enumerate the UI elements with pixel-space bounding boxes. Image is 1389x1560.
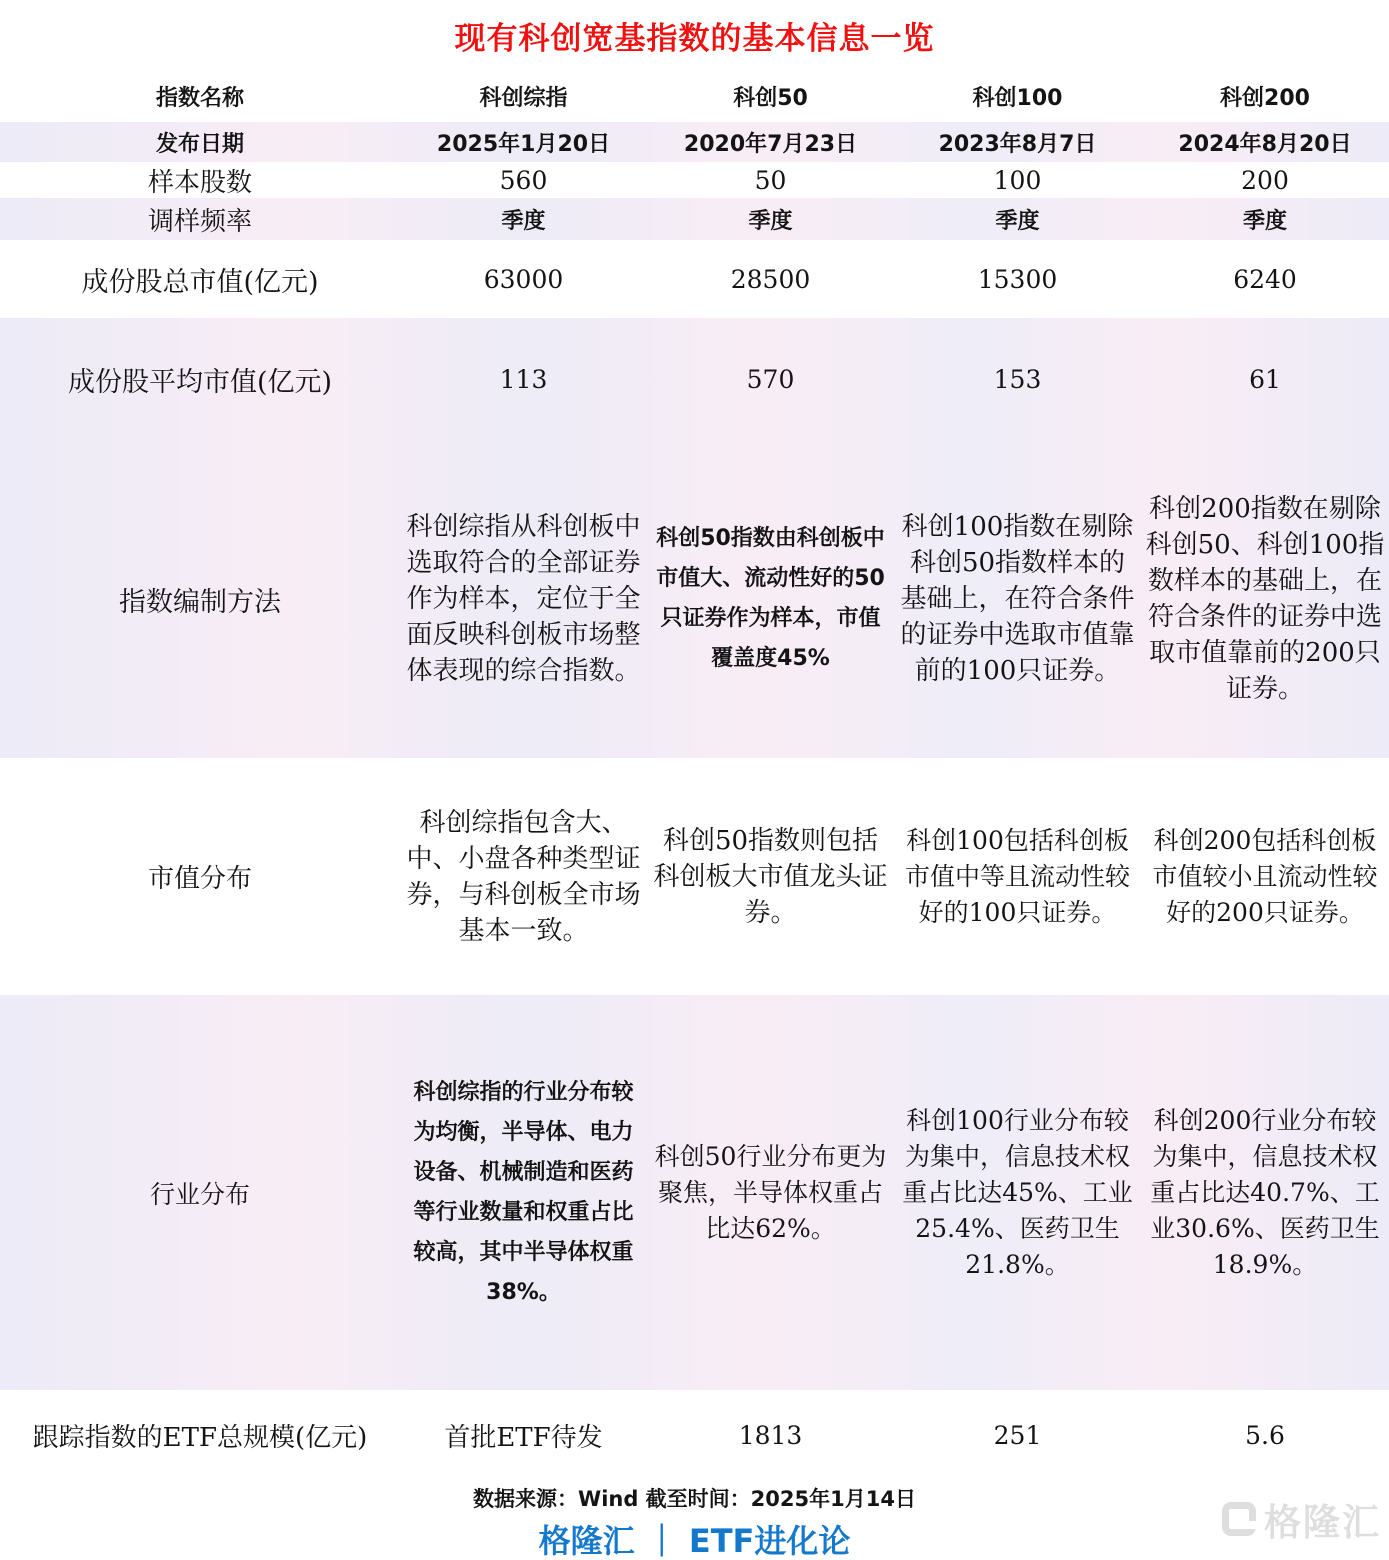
table-cell: 科创200指数在剔除科创50、科创100指数样本的基础上，在符合条件的证券中选取…	[1141, 440, 1389, 758]
header-index-name: 指数名称	[0, 70, 400, 122]
table-cell: 季度	[894, 198, 1141, 240]
brand-bar: 格隆汇 ｜ ETF进化论	[0, 1516, 1389, 1560]
row-label: 调样频率	[0, 198, 400, 240]
table-cell: 首批ETF待发	[400, 1390, 647, 1480]
table-cell: 科创50指数由科创板中市值大、流动性好的50只证券作为样本，市值覆盖度45%	[647, 440, 894, 758]
title-bar: 现有科创宽基指数的基本信息一览	[0, 0, 1389, 70]
table-cell: 科创综指包含大、中、小盘各种类型证券，与科创板全市场基本一致。	[400, 758, 647, 995]
row-industry-distribution: 行业分布 科创综指的行业分布较为均衡，半导体、电力设备、机械制造和医药等行业数量…	[0, 995, 1389, 1390]
table-cell: 15300	[894, 240, 1141, 318]
table-cell: 1813	[647, 1390, 894, 1480]
column-header-kc-composite: 科创综指	[400, 70, 647, 122]
table-cell: 科创200包括科创板市值较小且流动性较好的200只证券。	[1141, 758, 1389, 995]
table-cell: 2024年8月20日	[1141, 122, 1389, 162]
table-cell: 科创50行业分布更为聚焦，半导体权重占比达62%。	[647, 995, 894, 1390]
table-cell: 251	[894, 1390, 1141, 1480]
table-cell: 200	[1141, 162, 1389, 198]
row-label: 样本股数	[0, 162, 400, 198]
row-methodology: 指数编制方法 科创综指从科创板中选取符合的全部证券作为样本，定位于全面反映科创板…	[0, 440, 1389, 758]
table-cell: 科创200行业分布较为集中，信息技术权重占比达40.7%、工业30.6%、医药卫…	[1141, 995, 1389, 1390]
row-marketcap-distribution: 市值分布 科创综指包含大、中、小盘各种类型证券，与科创板全市场基本一致。 科创5…	[0, 758, 1389, 995]
page-title: 现有科创宽基指数的基本信息一览	[455, 13, 935, 58]
table-cell: 6240	[1141, 240, 1389, 318]
table-cell: 季度	[400, 198, 647, 240]
source-note-bar: 数据来源：Wind 截至时间：2025年1月14日	[0, 1480, 1389, 1516]
table-cell: 61	[1141, 318, 1389, 440]
table-header-row: 指数名称 科创综指 科创50 科创100 科创200	[0, 70, 1389, 122]
row-label: 市值分布	[0, 758, 400, 995]
table-cell: 科创综指的行业分布较为均衡，半导体、电力设备、机械制造和医药等行业数量和权重占比…	[400, 995, 647, 1390]
table-cell: 科创100行业分布较为集中，信息技术权重占比达45%、工业25.4%、医药卫生2…	[894, 995, 1141, 1390]
data-source-note: 数据来源：Wind 截至时间：2025年1月14日	[473, 1483, 916, 1513]
row-label: 指数编制方法	[0, 440, 400, 758]
row-label: 成份股总市值(亿元)	[0, 240, 400, 318]
gelonghui-watermark: 格隆汇	[1222, 1492, 1381, 1546]
row-label: 成份股平均市值(亿元)	[0, 318, 400, 440]
table-cell: 100	[894, 162, 1141, 198]
row-etf-total-size: 跟踪指数的ETF总规模(亿元) 首批ETF待发 1813 251 5.6	[0, 1390, 1389, 1480]
table-cell: 季度	[647, 198, 894, 240]
column-header-kc200: 科创200	[1141, 70, 1389, 122]
row-label: 行业分布	[0, 995, 400, 1390]
row-label: 发布日期	[0, 122, 400, 162]
row-release-date: 发布日期 2025年1月20日 2020年7月23日 2023年8月7日 202…	[0, 122, 1389, 162]
table-cell: 科创50指数则包括科创板大市值龙头证券。	[647, 758, 894, 995]
brand-title: 格隆汇 ｜ ETF进化论	[539, 1516, 851, 1560]
row-total-market-cap: 成份股总市值(亿元) 63000 28500 15300 6240	[0, 240, 1389, 318]
table-cell: 153	[894, 318, 1141, 440]
table-cell: 科创综指从科创板中选取符合的全部证券作为样本，定位于全面反映科创板市场整体表现的…	[400, 440, 647, 758]
column-header-kc100: 科创100	[894, 70, 1141, 122]
row-label: 跟踪指数的ETF总规模(亿元)	[0, 1390, 400, 1480]
table-cell: 5.6	[1141, 1390, 1389, 1480]
table-cell: 50	[647, 162, 894, 198]
table-cell: 113	[400, 318, 647, 440]
table-cell: 63000	[400, 240, 647, 318]
table-cell: 科创100包括科创板市值中等且流动性较好的100只证券。	[894, 758, 1141, 995]
row-average-market-cap: 成份股平均市值(亿元) 113 570 153 61	[0, 318, 1389, 440]
table-cell: 2025年1月20日	[400, 122, 647, 162]
table-cell: 560	[400, 162, 647, 198]
table-cell: 季度	[1141, 198, 1389, 240]
table-cell: 2020年7月23日	[647, 122, 894, 162]
gelonghui-logo-icon	[1222, 1502, 1256, 1536]
table-cell: 28500	[647, 240, 894, 318]
infographic-page: 现有科创宽基指数的基本信息一览 指数名称 科创综指 科创50 科创100 科创2…	[0, 0, 1389, 1560]
row-rebalance-frequency: 调样频率 季度 季度 季度 季度	[0, 198, 1389, 240]
table-cell: 570	[647, 318, 894, 440]
row-sample-count: 样本股数 560 50 100 200	[0, 162, 1389, 198]
table-cell: 科创100指数在剔除科创50指数样本的基础上，在符合条件的证券中选取市值靠前的1…	[894, 440, 1141, 758]
table-cell: 2023年8月7日	[894, 122, 1141, 162]
watermark-text: 格隆汇	[1264, 1492, 1381, 1546]
column-header-kc50: 科创50	[647, 70, 894, 122]
